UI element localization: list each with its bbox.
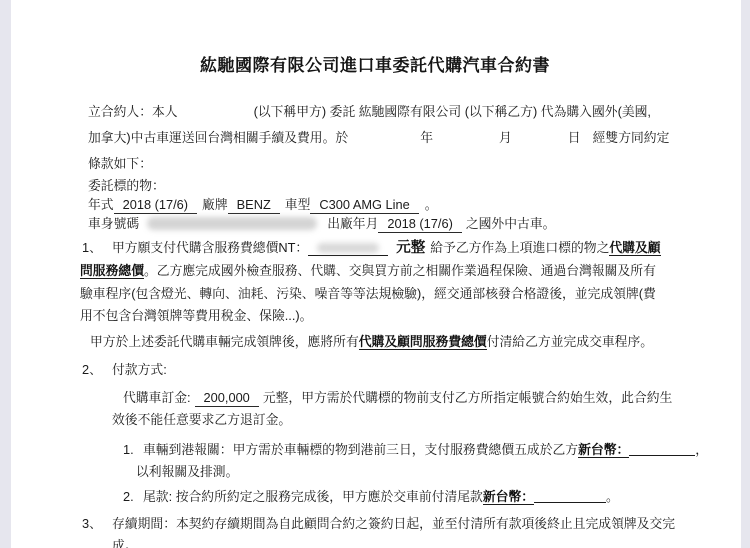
intro-line-1: 立合約人：本人(以下稱甲方) 委託 紘馳國際有限公司 (以下稱乙方) 代為購入國… bbox=[88, 104, 651, 120]
currency-label: 新台幣： bbox=[483, 489, 534, 505]
vehicle-spec-line: 年式2018 (17/6)廠牌BENZ車型C300 AMG Line。 bbox=[88, 197, 438, 214]
model-value: C300 AMG Line bbox=[310, 197, 418, 214]
amount-blank-field bbox=[308, 242, 388, 256]
blank-space bbox=[433, 141, 499, 142]
vin-label: 車身號碼 bbox=[88, 216, 139, 231]
period-mark: 。 bbox=[606, 489, 619, 504]
made-date-label: 出廠年月 bbox=[327, 216, 378, 231]
clause-1-line-4: 用不包含台灣領牌等費用稅金、保險...)。 bbox=[80, 308, 312, 324]
blank-space bbox=[139, 227, 147, 228]
subitem-1-line-2: 以利報關及排測。 bbox=[136, 464, 238, 480]
deposit-label: 代購車訂金: bbox=[123, 390, 191, 405]
clause-1-line-3: 驗車程序(包含燈光、轉向、油耗、污染、噪音等等法規檢驗)，經交通部核發合格證後，… bbox=[80, 286, 656, 302]
year-label: 年 bbox=[420, 130, 433, 145]
brand-value: BENZ bbox=[228, 197, 280, 214]
model-year-label: 年式 bbox=[88, 197, 114, 212]
model-label: 車型 bbox=[285, 197, 311, 212]
emphasis-total-fee: 代購及顧問服務費總價 bbox=[359, 334, 487, 350]
clause-1-number: 1、 bbox=[82, 240, 112, 256]
blank-space bbox=[512, 141, 568, 142]
handover-text: 甲方於上述委託代購車輛完成領牌後，應將所有 bbox=[90, 334, 359, 349]
vin-line: 車身號碼出廠年月2018 (17/6)之國外中古車。 bbox=[88, 216, 555, 233]
clause-1-text: 。乙方應完成國外檢查服務、代購、交與買方前之相關作業過程保險、通過台灣報關及所有 bbox=[144, 263, 656, 278]
comma-mark: ， bbox=[695, 442, 708, 457]
currency-blank-field bbox=[534, 489, 606, 503]
intro-line-1-text: (以下稱甲方) 委託 紘馳國際有限公司 (以下稱乙方) 代為購入國外(美國, bbox=[254, 104, 651, 119]
clause-2-number: 2、 bbox=[82, 362, 112, 378]
intro-line-2: 加拿大)中古車運送回台灣相關手續及費用。於年月日經雙方同約定 bbox=[88, 130, 669, 146]
blank-space bbox=[317, 227, 327, 228]
contract-document: 紘馳國際有限公司進口車委託代購汽車合約書 立合約人：本人(以下稱甲方) 委託 紘… bbox=[0, 0, 750, 548]
month-label: 月 bbox=[499, 130, 512, 145]
subject-heading: 委託標的物： bbox=[88, 178, 165, 194]
made-date-value: 2018 (17/6) bbox=[378, 216, 461, 233]
clause-2-heading: 2、付款方式: bbox=[82, 362, 167, 378]
deposit-text: 元整，甲方需於代購標的物前支付乙方所指定帳號合約始生效，此合約生 bbox=[263, 390, 673, 405]
subitem-1-number: 1. bbox=[123, 442, 143, 458]
handover-text: 付清給乙方並完成交車程序。 bbox=[487, 334, 653, 349]
page-edge-right bbox=[741, 0, 750, 548]
emphasis-service-fee: 代購及顧 bbox=[609, 240, 660, 256]
blank-space bbox=[581, 141, 593, 142]
terms-heading: 條款如下： bbox=[88, 156, 152, 172]
model-year-value: 2018 (17/6) bbox=[114, 197, 197, 214]
deposit-line-1: 代購車訂金:200,000元整，甲方需於代購標的物前支付乙方所指定帳號合約始生效… bbox=[123, 390, 672, 407]
currency-label: 新台幣： bbox=[578, 442, 629, 458]
intro-line-2-text: 加拿大)中古車運送回台灣相關手續及費用。於 bbox=[88, 130, 348, 145]
party-a-label: 立合約人：本人 bbox=[88, 104, 178, 119]
subitem-1-text: 車輛到港報關：甲方需於車輛標的物到港前三日，支付服務費總價五成於乙方 bbox=[143, 442, 578, 457]
clause-1-line-1: 1、甲方願支付代購含服務費總價NT：元整給予乙方作為上項進口標的物之代購及顧 bbox=[82, 240, 661, 256]
handover-paragraph: 甲方於上述委託代購車輛完成領牌後，應將所有代購及顧問服務費總價付清給乙方並完成交… bbox=[90, 334, 653, 350]
origin-text: 之國外中古車。 bbox=[466, 216, 556, 231]
clause-3-text: 存續期間：本契約存續期間為自此顧問合約之簽約日起，並至付清所有款項後終止且完成領… bbox=[112, 516, 675, 531]
amount-unit: 元整 bbox=[396, 240, 425, 256]
deposit-amount: 200,000 bbox=[195, 390, 259, 407]
document-title: 紘馳國際有限公司進口車委託代購汽車合約書 bbox=[0, 58, 750, 74]
blank-space bbox=[348, 141, 420, 142]
clause-3-number: 3、 bbox=[82, 516, 112, 532]
subitem-1-line-1: 1.車輛到港報關：甲方需於車輛標的物到港前三日，支付服務費總價五成於乙方新台幣：… bbox=[123, 442, 708, 458]
clause-3-line-2: 成。 bbox=[112, 538, 138, 548]
clause-3-line-1: 3、存續期間：本契約存續期間為自此顧問合約之簽約日起，並至付清所有款項後終止且完… bbox=[82, 516, 675, 532]
subitem-2-number: 2. bbox=[123, 489, 143, 505]
clause-1-line-2: 問服務總價。乙方應完成國外檢查服務、代購、交與買方前之相關作業過程保險、通過台灣… bbox=[80, 263, 656, 279]
clause-1-text: 甲方願支付代購含服務費總價NT： bbox=[112, 240, 308, 255]
period-mark: 。 bbox=[425, 197, 438, 212]
redacted-amount bbox=[317, 243, 379, 253]
currency-blank-field bbox=[629, 442, 695, 456]
page-edge-left bbox=[0, 0, 11, 548]
agreement-text: 經雙方同約定 bbox=[593, 130, 670, 145]
subitem-2-line: 2.尾款: 按合約所約定之服務完成後，甲方應於交車前付清尾款新台幣：。 bbox=[123, 489, 619, 505]
clause-1-text: 給予乙方作為上項進口標的物之 bbox=[430, 240, 609, 255]
brand-label: 廠牌 bbox=[202, 197, 228, 212]
deposit-line-2: 效後不能任意要求乙方退訂金。 bbox=[112, 412, 291, 428]
emphasis-service-fee: 問服務總價 bbox=[80, 263, 144, 279]
blank-space bbox=[178, 115, 254, 116]
clause-2-title: 付款方式: bbox=[112, 362, 167, 377]
redacted-vin bbox=[147, 217, 317, 230]
subitem-2-text: 尾款: 按合約所約定之服務完成後，甲方應於交車前付清尾款 bbox=[143, 489, 483, 504]
day-label: 日 bbox=[568, 130, 581, 145]
